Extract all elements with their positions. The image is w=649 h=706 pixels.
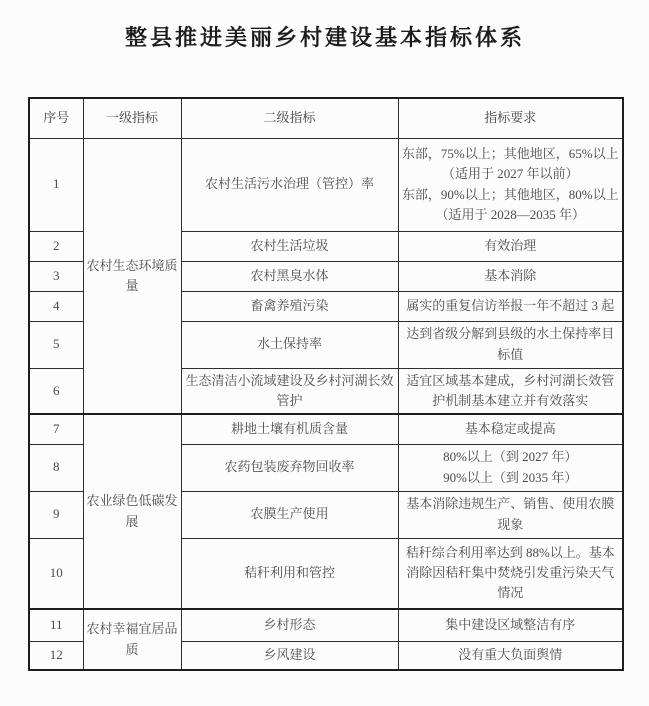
- row-number-cell: 11: [29, 609, 83, 641]
- requirement-cell: 没有重大负面舆情: [398, 641, 623, 670]
- level2-indicator-cell: 农村黑臭水体: [181, 261, 398, 291]
- level2-indicator-cell: 农村生活污水治理（管控）率: [181, 138, 398, 231]
- table-row: 11 农村幸福宜居品质 乡村形态 集中建设区域整洁有序: [29, 609, 623, 641]
- requirement-cell: 集中建设区域整洁有序: [398, 609, 623, 641]
- header-level1-indicator: 一级指标: [83, 98, 181, 138]
- requirement-cell: 达到省级分解到县级的水土保持率目标值: [398, 321, 623, 368]
- row-number-cell: 7: [29, 414, 83, 444]
- row-number-cell: 3: [29, 261, 83, 291]
- requirement-cell: 有效治理: [398, 231, 623, 261]
- table-row: 7 农业绿色低碳发展 耕地土壤有机质含量 基本稳定或提高: [29, 414, 623, 444]
- level2-indicator-cell: 耕地土壤有机质含量: [181, 414, 398, 444]
- level2-indicator-cell: 畜禽养殖污染: [181, 291, 398, 321]
- requirement-cell: 秸秆综合利用率达到 88%以上。基本消除因秸秆集中焚烧引发重污染天气情况: [398, 538, 623, 609]
- requirement-cell: 东部，75%以上；其他地区，65%以上 （适用于 2027 年以前） 东部，90…: [398, 138, 623, 231]
- header-serial-number: 序号: [29, 98, 83, 138]
- requirement-cell: 属实的重复信访举报一年不超过 3 起: [398, 291, 623, 321]
- row-number-cell: 9: [29, 491, 83, 538]
- row-number-cell: 5: [29, 321, 83, 368]
- level2-indicator-cell: 水土保持率: [181, 321, 398, 368]
- level2-indicator-cell: 农药包装废弃物回收率: [181, 444, 398, 491]
- requirement-cell: 基本消除违规生产、销售、使用农膜现象: [398, 491, 623, 538]
- row-number-cell: 10: [29, 538, 83, 609]
- header-level2-indicator: 二级指标: [181, 98, 398, 138]
- row-number-cell: 2: [29, 231, 83, 261]
- level2-indicator-cell: 乡风建设: [181, 641, 398, 670]
- level1-group-cell-green-agriculture: 农业绿色低碳发展: [83, 414, 181, 609]
- table-header-row: 序号 一级指标 二级指标 指标要求: [29, 98, 623, 138]
- requirement-cell: 基本消除: [398, 261, 623, 291]
- row-number-cell: 4: [29, 291, 83, 321]
- requirement-cell: 适宜区域基本建成，乡村河湖长效管护机制基本建立并有效落实: [398, 368, 623, 414]
- row-number-cell: 6: [29, 368, 83, 414]
- document-title: 整县推进美丽乡村建设基本指标体系: [28, 24, 622, 52]
- level1-group-cell-eco-environment: 农村生态环境质量: [83, 138, 181, 414]
- level2-indicator-cell: 乡村形态: [181, 609, 398, 641]
- indicator-table: 序号 一级指标 二级指标 指标要求 1 农村生态环境质量 农村生活污水治理（管控…: [28, 97, 624, 671]
- row-number-cell: 8: [29, 444, 83, 491]
- requirement-cell: 80%以上（到 2027 年） 90%以上（到 2035 年）: [398, 444, 623, 491]
- level2-indicator-cell: 农村生活垃圾: [181, 231, 398, 261]
- row-number-cell: 12: [29, 641, 83, 670]
- header-indicator-requirement: 指标要求: [398, 98, 623, 138]
- requirement-cell: 基本稳定或提高: [398, 414, 623, 444]
- level1-group-cell-livable-quality: 农村幸福宜居品质: [83, 609, 181, 670]
- level2-indicator-cell: 农膜生产使用: [181, 491, 398, 538]
- table-row: 1 农村生态环境质量 农村生活污水治理（管控）率 东部，75%以上；其他地区，6…: [29, 138, 623, 231]
- level2-indicator-cell: 生态清洁小流域建设及乡村河湖长效管护: [181, 368, 398, 414]
- row-number-cell: 1: [29, 138, 83, 231]
- document-page: 整县推进美丽乡村建设基本指标体系 序号 一级指标 二级指标 指标要求 1 农村生…: [0, 0, 649, 706]
- level2-indicator-cell: 秸秆利用和管控: [181, 538, 398, 609]
